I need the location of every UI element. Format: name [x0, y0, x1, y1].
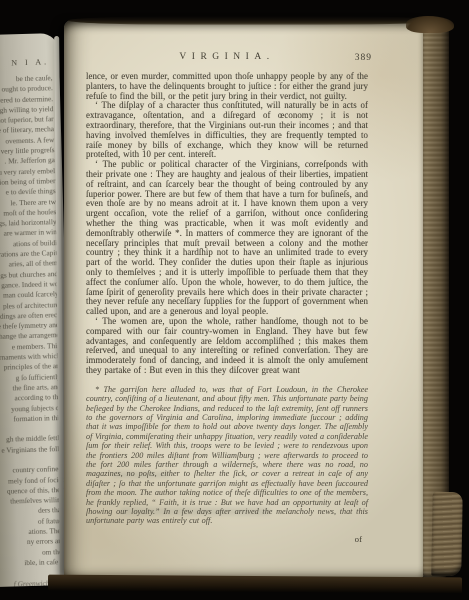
page-number: 389 [355, 53, 372, 63]
facing-page-header-fragment: N I A. [0, 57, 49, 68]
book-photo: N I A. be the cauſe,ce ought to produce.… [0, 0, 469, 600]
book-cover-edge [48, 575, 462, 594]
paragraph: lence, or even murder, committed upon th… [86, 72, 368, 101]
paragraph: ‘ The women are, upon the whole, rather … [86, 317, 368, 376]
body-text: lence, or even murder, committed upon th… [86, 72, 368, 376]
page-text-block: VIRGINIA. 389 lence, or even murder, com… [86, 52, 368, 544]
page-fore-edge-lower [431, 492, 462, 577]
page-header: VIRGINIA. 389 [86, 52, 368, 66]
running-title: VIRGINIA. [179, 52, 274, 62]
footnote: * The garriſon here alluded to, was that… [86, 385, 368, 526]
catchword: of [86, 534, 368, 544]
paragraph: ‘ The public or political character of t… [86, 160, 368, 317]
page-top-edge-shadow [68, 16, 442, 25]
book-page: VIRGINIA. 389 lence, or even murder, com… [64, 20, 424, 578]
worn-corner [406, 16, 454, 33]
paragraph: ‘ The diſplay of a character thus conſti… [86, 101, 368, 160]
